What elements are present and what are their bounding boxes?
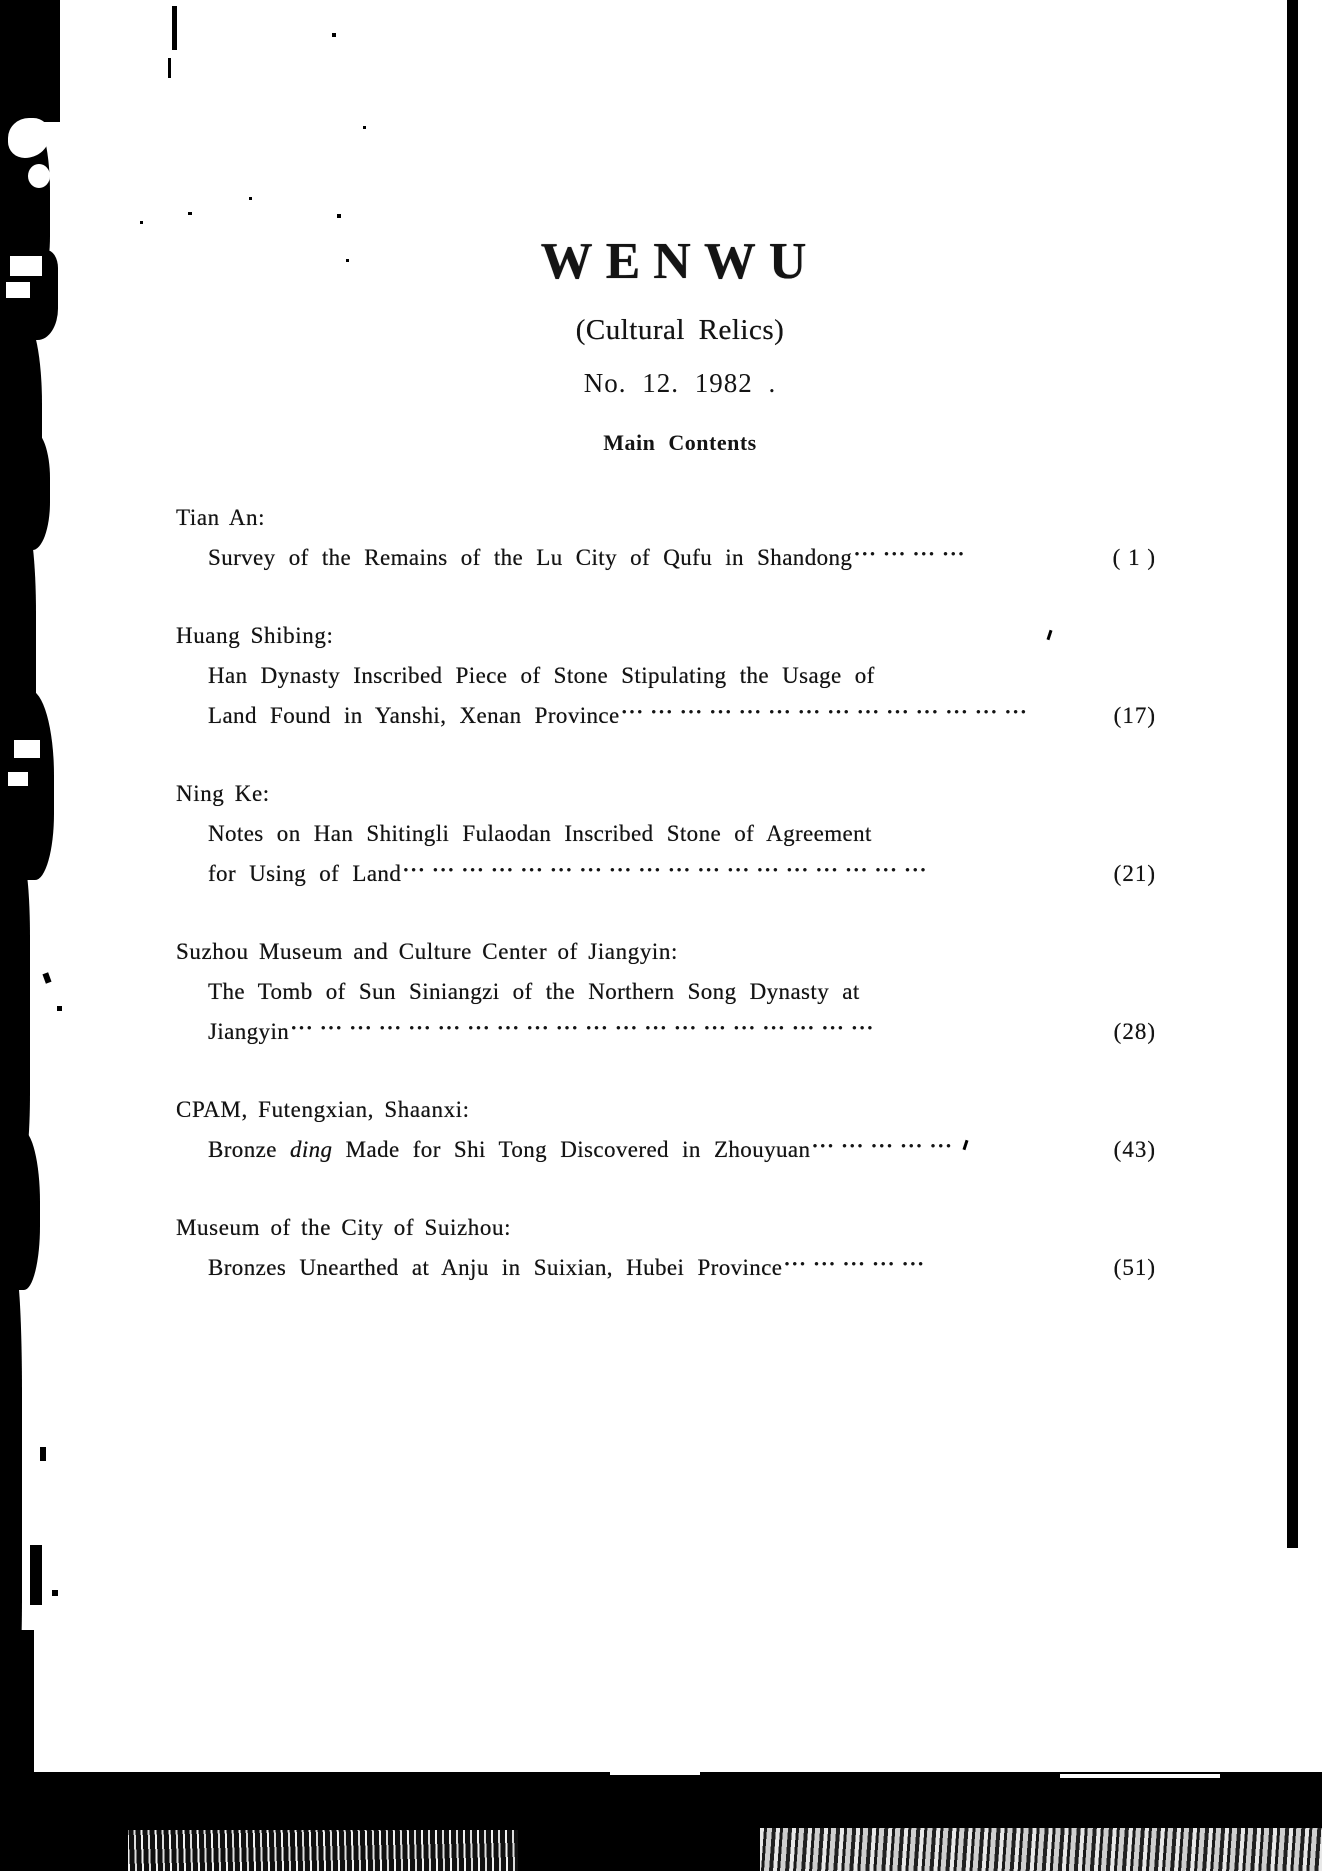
page-number: (21) xyxy=(1114,854,1156,894)
scan-artifact-gap xyxy=(10,256,42,276)
scan-artifact-gap xyxy=(1060,1774,1220,1778)
scan-artifact-left-band xyxy=(0,860,30,1170)
scan-artifact-right-bar xyxy=(1287,0,1298,1548)
toc-entry: CPAM, Futengxian, Shaanxi: Bronze ding M… xyxy=(176,1090,1156,1170)
page-number: (28) xyxy=(1114,1012,1156,1052)
scan-artifact-speck xyxy=(42,972,51,983)
toc-title-row: Land Found in Yanshi, Xenan Province •••… xyxy=(208,696,1156,736)
toc-title-row: Bronze ding Made for Shi Tong Discovered… xyxy=(208,1130,1156,1170)
toc-title-text: Notes on Han Shitingli Fulaodan Inscribe… xyxy=(208,814,1156,854)
contents-heading: Main Contents xyxy=(38,430,1322,456)
scan-artifact-texture xyxy=(760,1828,1322,1871)
toc-title-text: Bronzes Unearthed at Anju in Suixian, Hu… xyxy=(208,1248,782,1288)
toc-title-row: Jiangyin ••• ••• ••• ••• ••• ••• ••• •••… xyxy=(208,1012,1156,1052)
toc-title-text: Survey of the Remains of the Lu City of … xyxy=(208,538,852,578)
dot-leader: ••• ••• ••• ••• xyxy=(852,535,1112,575)
toc-title-text: Land Found in Yanshi, Xenan Province xyxy=(208,696,620,736)
scanned-journal-page: { "page": { "title": "WENWU", "subtitle"… xyxy=(0,0,1322,1871)
dot-leader: ••• ••• ••• ••• ••• ••• ••• ••• ••• ••• … xyxy=(620,693,1114,733)
toc-entry: Huang Shibing: Han Dynasty Inscribed Pie… xyxy=(176,616,1156,736)
scan-artifact-speck xyxy=(332,33,336,37)
table-of-contents: Tian An: Survey of the Remains of the Lu… xyxy=(176,498,1156,1326)
toc-author: CPAM, Futengxian, Shaanxi: xyxy=(176,1090,1156,1130)
dot-leader: ••• ••• ••• ••• ••• xyxy=(782,1245,1113,1285)
page-number: (17) xyxy=(1114,696,1156,736)
toc-title-row: Bronzes Unearthed at Anju in Suixian, Hu… xyxy=(208,1248,1156,1288)
toc-entry: Museum of the City of Suizhou: Bronzes U… xyxy=(176,1208,1156,1288)
scan-artifact-left-band xyxy=(0,1270,22,1680)
toc-entry: Suzhou Museum and Culture Center of Jian… xyxy=(176,932,1156,1052)
toc-author: Museum of the City of Suizhou: xyxy=(176,1208,1156,1248)
toc-author: Tian An: xyxy=(176,498,1156,538)
scan-artifact-speck xyxy=(30,1545,42,1605)
scan-artifact-gap xyxy=(8,772,28,786)
scan-artifact-texture xyxy=(128,1830,518,1871)
page-number: ( 1 ) xyxy=(1113,538,1156,578)
scan-artifact-speck xyxy=(346,259,349,262)
scan-artifact-speck xyxy=(40,1447,46,1461)
dot-leader: ••• ••• ••• ••• ••• ••• ••• ••• ••• ••• … xyxy=(401,851,1113,891)
toc-title-italic-word: ding xyxy=(290,1137,333,1162)
page-number: (51) xyxy=(1114,1248,1156,1288)
toc-title-text: Made for Shi Tong Discovered in Zhouyuan xyxy=(332,1137,810,1162)
toc-entry: Ning Ke: Notes on Han Shitingli Fulaodan… xyxy=(176,774,1156,894)
toc-entry: Tian An: Survey of the Remains of the Lu… xyxy=(176,498,1156,578)
scan-artifact-gap xyxy=(14,740,40,758)
scan-artifact-speck xyxy=(57,1006,62,1011)
toc-author: Huang Shibing: xyxy=(176,616,1156,656)
toc-title-text: Bronze xyxy=(208,1137,290,1162)
scan-artifact-speck xyxy=(363,126,366,129)
toc-title-text: for Using of Land xyxy=(208,854,401,894)
scan-artifact-left-band xyxy=(0,1130,40,1290)
journal-subtitle: (Cultural Relics) xyxy=(38,314,1322,347)
scan-artifact-speck xyxy=(140,221,143,224)
toc-title-text: The Tomb of Sun Siniangzi of the Norther… xyxy=(208,972,1156,1012)
journal-title: WENWU xyxy=(38,232,1322,291)
scan-artifact-speck xyxy=(249,197,252,200)
scan-artifact-gap xyxy=(610,1772,700,1775)
toc-title-text: Jiangyin xyxy=(208,1012,289,1052)
scan-artifact-speck xyxy=(52,1590,58,1596)
scan-artifact-speck xyxy=(172,6,177,50)
scan-artifact-gap xyxy=(28,164,50,188)
scan-artifact-speck xyxy=(337,214,341,218)
toc-title-row: Survey of the Remains of the Lu City of … xyxy=(208,538,1156,578)
toc-author: Ning Ke: xyxy=(176,774,1156,814)
toc-title-text: Bronze ding Made for Shi Tong Discovered… xyxy=(208,1130,810,1170)
dot-leader: ••• ••• ••• ••• ••• ••• ••• ••• ••• ••• … xyxy=(289,1009,1114,1049)
scan-artifact-speck xyxy=(168,58,171,78)
page-number: (43) xyxy=(1114,1130,1156,1170)
scan-artifact-left-band xyxy=(0,0,60,122)
scan-artifact-gap xyxy=(6,282,30,298)
scan-artifact-speck xyxy=(188,212,192,215)
toc-title-row: for Using of Land ••• ••• ••• ••• ••• ••… xyxy=(208,854,1156,894)
journal-issue: No. 12. 1982 . xyxy=(38,368,1322,399)
toc-author: Suzhou Museum and Culture Center of Jian… xyxy=(176,932,1156,972)
toc-title-text: Han Dynasty Inscribed Piece of Stone Sti… xyxy=(208,656,1156,696)
